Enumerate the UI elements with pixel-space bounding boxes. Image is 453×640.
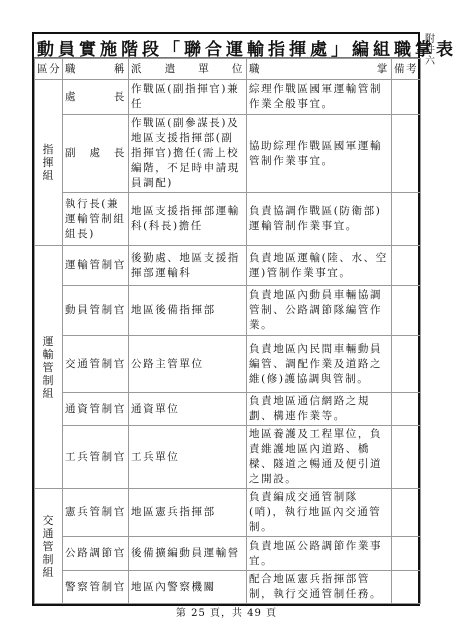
duties-cell: 負責地區內動員車輛協調管制、公路調節隊編管作業。: [247, 286, 392, 336]
duties-cell: 綜理作戰區國軍運輸管制作業全般事宜。: [247, 80, 392, 115]
duties-cell: 負責地區公路調節作業事宜。: [247, 537, 392, 571]
assigned-unit-cell: 作戰區(副參謀長)及地區支援指揮部(副指揮官)擔任(需上校編階，不足時申請現員調…: [129, 115, 247, 193]
table-row: 交通管制官 公路主管單位 負責地區內民間車輛動員編管、調配作業及道路之維(修)護…: [35, 336, 421, 393]
remarks-cell: [392, 571, 421, 604]
assigned-unit-cell: 工兵單位: [129, 426, 247, 489]
table-row: 通資管制官 通資單位 負責地區通信網路之規劃、構連作業等。: [35, 393, 421, 426]
duties-cell: 負責地區通信網路之規劃、構連作業等。: [247, 393, 392, 426]
position-cell: 工兵管制官: [63, 426, 129, 489]
group-cell-command: 指揮組: [35, 80, 63, 246]
duty-table: 區分 職稱 派遣單位 職掌 備考 指揮組 處長 作戰區(副指揮官)兼任 綜理作戰…: [34, 58, 421, 604]
duties-cell: 配合地區憲兵指揮部管制，執行交通管制任務。: [247, 571, 392, 604]
table-row: 執行長(兼運輸管制組組長) 地區支援指揮部運輸科(科長)擔任 負責協調作戰區(防…: [35, 193, 421, 246]
remarks-cell: [392, 489, 421, 537]
page-number: 第 25 頁，共 49 頁: [0, 604, 453, 619]
position-cell: 通資管制官: [63, 393, 129, 426]
duties-cell: 負責編成交通管制隊(哨)，執行地區內交通管制。: [247, 489, 392, 537]
group-cell-transport-control: 運輸管制組: [35, 246, 63, 489]
duties-cell: 負責協調作戰區(防衛部)運輸管制作業事宜。: [247, 193, 392, 246]
header-duties: 職掌: [247, 59, 392, 80]
page-title: 動員實施階段「聯合運輸指揮處」編組職掌表: [34, 34, 418, 58]
remarks-cell: [392, 193, 421, 246]
position-cell: 運輸管制官: [63, 246, 129, 286]
table-row: 副處長 作戰區(副參謀長)及地區支援指揮部(副指揮官)擔任(需上校編階，不足時申…: [35, 115, 421, 193]
duties-cell: 負責地區運輸(陸、水、空運)管制作業事宜。: [247, 246, 392, 286]
group-label: 運輸管制組: [43, 335, 55, 400]
remarks-cell: [392, 393, 421, 426]
position-cell: 憲兵管制官: [63, 489, 129, 537]
table-row: 運輸管制組 運輸管制官 後勤處、地區支援指揮部運輸科 負責地區運輸(陸、水、空運…: [35, 246, 421, 286]
assigned-unit-cell: 作戰區(副指揮官)兼任: [129, 80, 247, 115]
position-cell: 執行長(兼運輸管制組組長): [63, 193, 129, 246]
table-row: 工兵管制官 工兵單位 地區養護及工程單位，負責維護地區內道路、橋樑、隧道之暢通及…: [35, 426, 421, 489]
table-row: 交通管制組 憲兵管制官 地區憲兵指揮部 負責編成交通管制隊(哨)，執行地區內交通…: [35, 489, 421, 537]
assigned-unit-cell: 地區支援指揮部運輸科(科長)擔任: [129, 193, 247, 246]
position-cell: 動員管制官: [63, 286, 129, 336]
assigned-unit-cell: 公路主管單位: [129, 336, 247, 393]
assigned-unit-cell: 後勤處、地區支援指揮部運輸科: [129, 246, 247, 286]
table-row: 動員管制官 地區後備指揮部 負責地區內動員車輛協調管制、公路調節隊編管作業。: [35, 286, 421, 336]
remarks-cell: [392, 286, 421, 336]
assigned-unit-cell: 地區後備指揮部: [129, 286, 247, 336]
group-cell-traffic-control: 交通管制組: [35, 489, 63, 604]
table-header-row: 區分 職稱 派遣單位 職掌 備考: [35, 59, 421, 80]
duty-table-frame: 動員實施階段「聯合運輸指揮處」編組職掌表 區分 職稱 派遣單位 職掌 備考 指揮…: [32, 32, 420, 606]
header-remarks: 備考: [392, 59, 421, 80]
header-group: 區分: [35, 59, 63, 80]
position-cell: 副處長: [63, 115, 129, 193]
position-cell: 處長: [63, 80, 129, 115]
remarks-cell: [392, 426, 421, 489]
table-row: 警察管制官 地區內警察機關 配合地區憲兵指揮部管制，執行交通管制任務。: [35, 571, 421, 604]
duties-cell: 協助綜理作戰區國軍運輸管制作業事宜。: [247, 115, 392, 193]
remarks-cell: [392, 115, 421, 193]
assigned-unit-cell: 後備擴編動員運輸營: [129, 537, 247, 571]
remarks-cell: [392, 537, 421, 571]
group-label: 交通管制組: [43, 514, 55, 579]
duties-cell: 地區養護及工程單位，負責維護地區內道路、橋樑、隧道之暢通及便引道之開設。: [247, 426, 392, 489]
header-assigned-unit: 派遣單位: [129, 59, 247, 80]
remarks-cell: [392, 336, 421, 393]
assigned-unit-cell: 地區內警察機關: [129, 571, 247, 604]
duties-cell: 負責地區內民間車輛動員編管、調配作業及道路之維(修)護協調與管制。: [247, 336, 392, 393]
header-position: 職稱: [63, 59, 129, 80]
table-row: 公路調節官 後備擴編動員運輸營 負責地區公路調節作業事宜。: [35, 537, 421, 571]
assigned-unit-cell: 地區憲兵指揮部: [129, 489, 247, 537]
position-cell: 交通管制官: [63, 336, 129, 393]
remarks-cell: [392, 246, 421, 286]
position-cell: 公路調節官: [63, 537, 129, 571]
position-cell: 警察管制官: [63, 571, 129, 604]
group-label: 指揮組: [43, 143, 55, 182]
assigned-unit-cell: 通資單位: [129, 393, 247, 426]
table-row: 指揮組 處長 作戰區(副指揮官)兼任 綜理作戰區國軍運輸管制作業全般事宜。: [35, 80, 421, 115]
remarks-cell: [392, 80, 421, 115]
